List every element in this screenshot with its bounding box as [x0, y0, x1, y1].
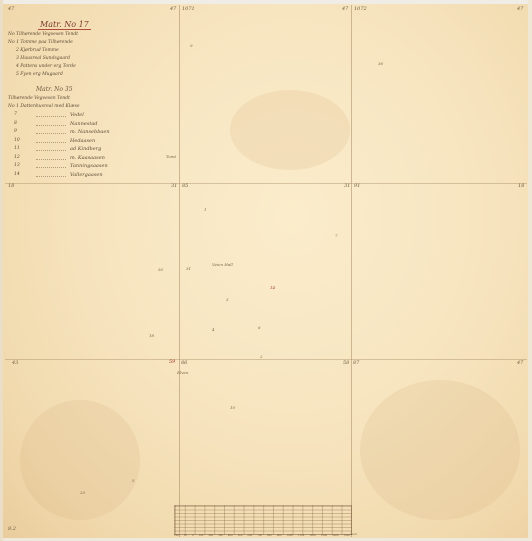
legend-row-name: ad Kindberg: [70, 145, 101, 154]
legend-row-number: 8: [8, 120, 36, 129]
scale-tick: 1000: [287, 534, 293, 537]
map-annotation-red: 14: [270, 285, 275, 290]
scale-tick: 200: [208, 534, 213, 537]
legend-row: 8Nannestad: [8, 120, 128, 129]
grid-label: 87: [353, 361, 359, 366]
scale-tick: 600: [247, 534, 252, 537]
scale-unit-label: Alen: [350, 532, 357, 536]
map-sheet: 47 47 1071 47 1072 47 18 31 85 31 91 18 …: [0, 0, 532, 541]
legend-row-leader: [36, 171, 66, 177]
legend-row-name: Hedaasen: [70, 137, 95, 146]
legend-row-number: 13: [8, 162, 36, 171]
legend-row: 9m. Nansebbaen: [8, 128, 128, 137]
grid-label: 47: [517, 7, 523, 12]
scale-tick: 100: [199, 534, 204, 537]
scale-tick: 50: [184, 534, 187, 537]
scale-tick: 400: [228, 534, 233, 537]
legend-row-name: Vedel: [70, 111, 84, 120]
grid-label: 47: [342, 7, 348, 12]
legend-row-number: 11: [8, 145, 36, 154]
legend-section-title: Matr. No 35: [36, 85, 128, 95]
scale-bar: 100 50 0 100 200 300 400 500 600 700 800…: [174, 505, 350, 536]
legend-line: 2 Kjørbrud Tomme: [8, 47, 128, 55]
sheet-edge-right: [528, 0, 532, 541]
map-annotation: 50: [158, 267, 163, 272]
legend-line: No 1 Dattenhusreal med Klæse: [8, 103, 128, 111]
grid-label: 8.2: [8, 527, 16, 532]
map-annotation: 4: [212, 327, 215, 332]
legend-row-number: 7: [8, 111, 36, 120]
legend-row-number: 14: [8, 171, 36, 180]
legend-row-number: 12: [8, 154, 36, 163]
map-annotation: 2: [260, 354, 263, 359]
legend-row-name: Nannestad: [70, 120, 98, 129]
scale-tick: 100: [174, 534, 179, 537]
legend-line: Tilhørende Vegvesen Tendt: [8, 95, 128, 103]
scale-tick: 1500: [343, 534, 349, 537]
grid-label: 58: [343, 361, 349, 366]
legend-row-leader: [36, 154, 66, 160]
scale-tick: 1100: [298, 534, 304, 537]
legend-row-leader: [36, 120, 66, 126]
legend-row: 12m. Kaasaasen: [8, 154, 128, 163]
grid-label: 31: [344, 184, 350, 189]
legend-line: 3 Huusreal Sundsgaard: [8, 55, 128, 63]
legend-line: No Tilhørende Vegvesen Tendt: [8, 31, 128, 39]
map-annotation: 5: [132, 478, 135, 483]
scale-tick: 1400: [332, 534, 338, 537]
legend-row: 11ad Kindberg: [8, 145, 128, 154]
grid-label: 18: [518, 184, 524, 189]
grid-line-horizontal-2: [5, 359, 527, 360]
grid-label: 47: [517, 361, 523, 366]
grid-line-vertical-2: [351, 5, 352, 537]
legend-row-leader: [36, 162, 66, 168]
legend-row-number: 9: [8, 128, 36, 137]
scale-tick: 0: [192, 534, 194, 537]
legend-row-leader: [36, 128, 66, 134]
legend-row-leader: [36, 137, 66, 143]
legend-line: 4 Pattens under erg Torde: [8, 63, 128, 71]
scale-grid: [174, 505, 352, 535]
map-annotation: 3: [226, 297, 229, 302]
map-annotation: 31: [186, 266, 191, 271]
grid-label: 91: [354, 184, 360, 189]
paper-stain: [20, 400, 140, 520]
legend-row-name: m. Kaasaasen: [70, 154, 105, 163]
legend-row-name: Tanningsaasen: [70, 162, 108, 171]
map-legend: Matr. No 17 No Tilhørende Vegvesen Tendt…: [8, 12, 128, 179]
grid-line-vertical-1: [179, 5, 180, 537]
grid-label: 1071: [182, 7, 195, 12]
grid-label: 85: [182, 184, 188, 189]
scale-ticks: 100 50 0 100 200 300 400 500 600 700 800…: [174, 534, 350, 537]
map-annotation: Tomt: [166, 154, 176, 159]
scale-tick: 500: [238, 534, 243, 537]
map-annotation: 6: [258, 325, 261, 330]
map-annotation: Elven: [177, 370, 188, 375]
grid-line-horizontal-1: [5, 183, 527, 184]
map-annotation: 10: [230, 405, 235, 410]
grid-label: 1072: [354, 7, 367, 12]
scale-tick: 900: [277, 534, 282, 537]
legend-row: 13Tanningsaasen: [8, 162, 128, 171]
scale-tick: 1300: [321, 534, 327, 537]
scale-tick: 300: [218, 534, 223, 537]
map-annotation: 20: [80, 490, 85, 495]
grid-label: 47: [170, 7, 176, 12]
map-annotation: 1: [204, 207, 207, 212]
grid-label: 59: [169, 360, 175, 365]
map-annotation: 9: [190, 43, 193, 48]
map-annotation: Veien Hall: [212, 262, 233, 267]
legend-line: No 1 Tomme paa Tilhørende: [8, 39, 128, 47]
legend-row: 7Vedel: [8, 111, 128, 120]
legend-row-number: 10: [8, 137, 36, 146]
legend-row-leader: [36, 145, 66, 151]
legend-title: Matr. No 17: [38, 20, 91, 30]
legend-row-name: m. Nansebbaen: [70, 128, 110, 137]
paper-stain: [360, 380, 520, 520]
scale-tick: 700: [257, 534, 262, 537]
legend-row-name: Vallergaasen: [70, 171, 103, 180]
legend-row-leader: [36, 111, 66, 117]
scale-tick: 800: [267, 534, 272, 537]
map-annotation: 36: [378, 61, 383, 66]
scale-tick: 1200: [309, 534, 315, 537]
grid-label: 18: [8, 184, 14, 189]
legend-row: 10Hedaasen: [8, 137, 128, 146]
legend-row: 14Vallergaasen: [8, 171, 128, 180]
sheet-edge-top: [0, 0, 532, 4]
legend-line: 5 Fyen erg Mugaard: [8, 71, 128, 79]
grid-label: 86: [181, 361, 187, 366]
sheet-edge-left: [0, 0, 3, 541]
grid-label: 43: [12, 361, 18, 366]
map-annotation: 18: [149, 333, 154, 338]
paper-stain: [230, 90, 350, 170]
map-annotation: 7: [335, 233, 338, 238]
grid-label: 31: [171, 184, 177, 189]
